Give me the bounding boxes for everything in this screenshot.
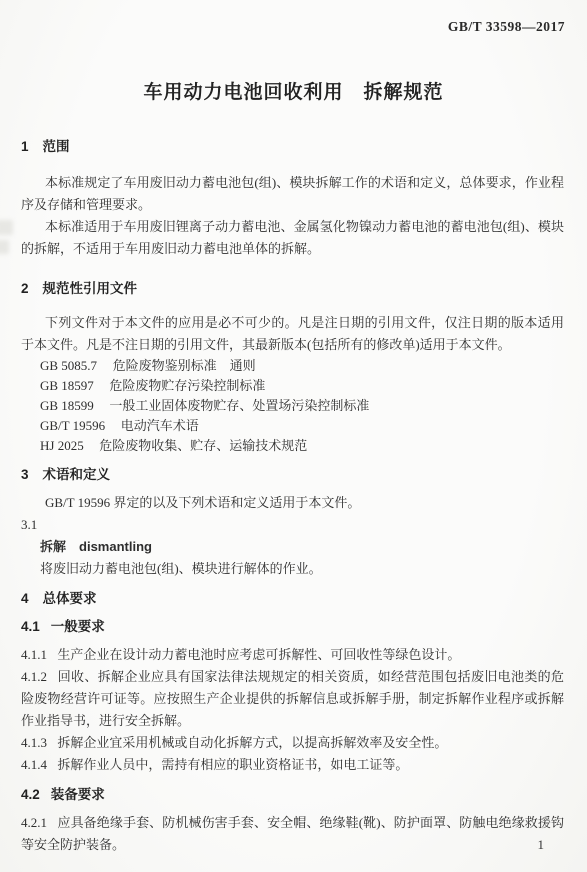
term-entry: 拆解dismantling [21,536,564,558]
reference-code: GB/T 19596 [40,416,105,436]
section-heading-scope: 1范围 [21,138,564,156]
document-body: 1范围 本标准规定了车用废旧动力蓄电池包(组)、模块拆解工作的术语和定义，总体要… [0,138,587,856]
section-number: 2 [21,280,29,298]
subsection-number: 4.1 [21,618,40,636]
normative-refs-intro: 下列文件对于本文件的应用是必不可少的。凡是注日期的引用文件，仅注日期的版本适用于… [21,312,564,356]
scan-artifact [0,220,13,235]
reference-code: GB 18597 [40,376,94,396]
clause-number: 4.1.3 [21,735,47,750]
reference-title: 危险废物收集、贮存、运输技术规范 [99,438,307,453]
reference-title: 一般工业固体废物贮存、处置场污染控制标准 [109,398,369,413]
term-name-zh: 拆解 [40,539,66,554]
page-number: 1 [538,837,545,853]
subsection-heading-4-2: 4.2装备要求 [21,786,564,804]
term-number: 3.1 [21,514,564,536]
section-number: 1 [21,138,29,156]
term-definition: 将废旧动力蓄电池包(组)、模块进行解体的作业。 [21,558,564,580]
clause-text: 回收、拆解企业应具有国家法律法规规定的相关资质，如经营范围包括废旧电池类的危险废… [21,669,564,728]
clause-text: 生产企业在设计动力蓄电池时应考虑可拆解性、可回收性等绿色设计。 [57,647,460,662]
clause-4-1-2: 4.1.2回收、拆解企业应具有国家法律法规规定的相关资质，如经营范围包括废旧电池… [21,666,564,732]
page-title: 车用动力电池回收利用 拆解规范 [0,77,587,104]
doc-number: GB/T 33598—2017 [0,0,587,35]
section-number: 3 [21,466,29,484]
section-heading-label: 规范性引用文件 [43,281,138,296]
clause-number: 4.1.4 [21,757,47,772]
reference-item: GB/T 19596电动汽车术语 [21,416,564,436]
reference-item: GB 5085.7危险废物鉴别标准 通则 [21,356,564,376]
reference-title: 电动汽车术语 [121,418,199,433]
section-heading-label: 术语和定义 [43,467,111,482]
term-name-en: dismantling [79,539,152,554]
subsection-heading-4-1: 4.1一般要求 [21,618,564,636]
clause-4-1-3: 4.1.3拆解企业宜采用机械或自动化拆解方式，以提高拆解效率及安全性。 [21,732,564,754]
reference-title: 危险废物贮存污染控制标准 [109,378,265,393]
clause-number: 4.1.2 [21,669,47,684]
section-heading-label: 总体要求 [43,591,97,606]
reference-code: HJ 2025 [40,436,84,456]
clause-number: 4.2.1 [21,815,47,830]
clause-4-2-1: 4.2.1应具备绝缘手套、防机械伤害手套、安全帽、绝缘鞋(靴)、防护面罩、防触电… [21,812,564,856]
terms-intro: GB/T 19596 界定的以及下列术语和定义适用于本文件。 [21,492,564,514]
subsection-heading-label: 装备要求 [51,787,105,802]
scan-artifact [0,240,9,254]
reference-item: GB 18597危险废物贮存污染控制标准 [21,376,564,396]
section-heading-label: 范围 [43,139,70,154]
section-number: 4 [21,590,29,608]
subsection-heading-label: 一般要求 [51,619,105,634]
reference-item: GB 18599一般工业固体废物贮存、处置场污染控制标准 [21,396,564,416]
clause-text: 应具备绝缘手套、防机械伤害手套、安全帽、绝缘鞋(靴)、防护面罩、防触电绝缘救援钩… [21,815,564,852]
clause-text: 拆解作业人员中，需持有相应的职业资格证书，如电工证等。 [57,757,408,772]
document-page: GB/T 33598—2017 车用动力电池回收利用 拆解规范 1范围 本标准规… [0,0,587,872]
clause-4-1-1: 4.1.1生产企业在设计动力蓄电池时应考虑可拆解性、可回收性等绿色设计。 [21,644,564,666]
section-heading-normative-refs: 2规范性引用文件 [21,280,564,298]
clause-4-1-4: 4.1.4拆解作业人员中，需持有相应的职业资格证书，如电工证等。 [21,754,564,776]
scope-paragraph-1: 本标准规定了车用废旧动力蓄电池包(组)、模块拆解工作的术语和定义，总体要求，作业… [21,172,564,216]
section-heading-terms: 3术语和定义 [21,466,564,484]
reference-code: GB 18599 [40,396,94,416]
section-heading-general: 4总体要求 [21,590,564,608]
reference-code: GB 5085.7 [40,356,97,376]
subsection-number: 4.2 [21,786,40,804]
reference-item: HJ 2025危险废物收集、贮存、运输技术规范 [21,436,564,456]
scope-paragraph-2: 本标准适用于车用废旧锂离子动力蓄电池、金属氢化物镍动力蓄电池的蓄电池包(组)、模… [21,216,564,260]
clause-number: 4.1.1 [21,647,47,662]
reference-title: 危险废物鉴别标准 通则 [113,358,256,373]
clause-text: 拆解企业宜采用机械或自动化拆解方式，以提高拆解效率及安全性。 [57,735,447,750]
